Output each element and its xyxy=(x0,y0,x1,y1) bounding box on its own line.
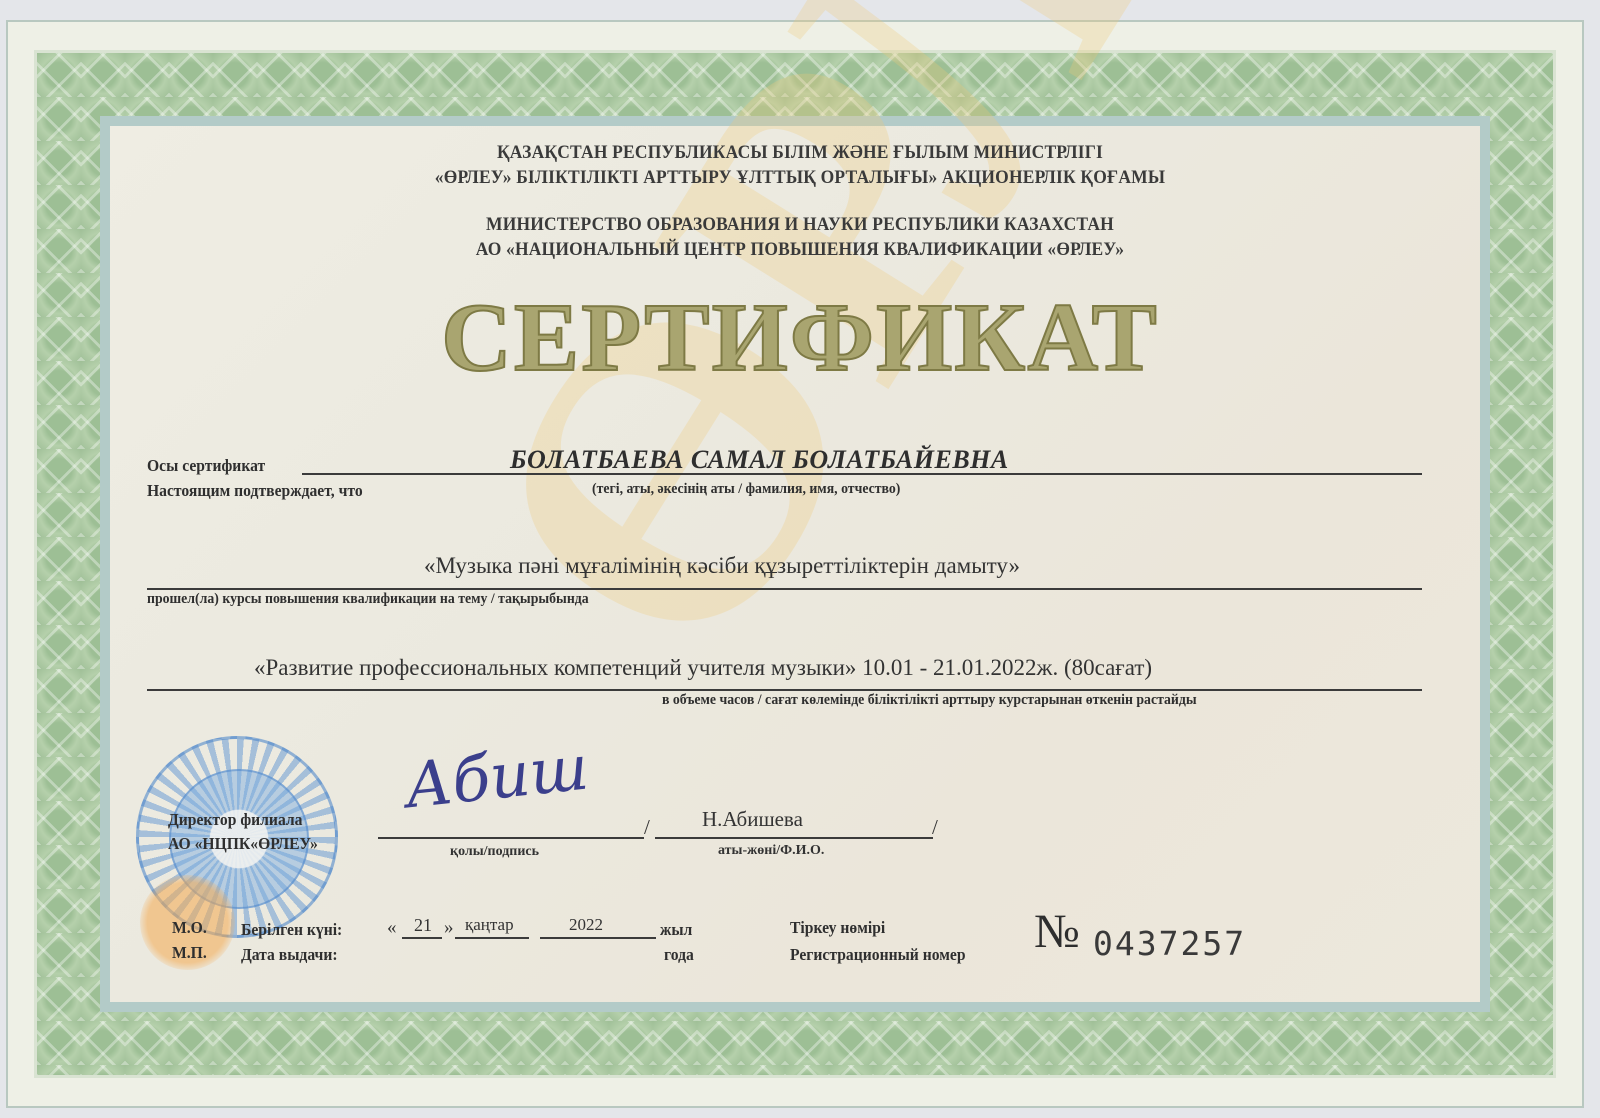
header-kz-line2: «ӨРЛЕУ» БІЛІКТІЛІКТІ АРТТЫРУ ҰЛТТЫҚ ОРТА… xyxy=(64,167,1536,189)
recipient-caption: (тегі, аты, әкесінің аты / фамилия, имя,… xyxy=(592,481,900,498)
header-kz-line1: ҚАЗАҚСТАН РЕСПУБЛИКАСЫ БІЛІМ ЖӘНЕ ҒЫЛЫМ … xyxy=(64,142,1536,164)
signatory-fio: Н.Абишева xyxy=(702,807,803,832)
course-caption: прошел(ла) курсы повышения квалификации … xyxy=(147,591,589,608)
signatory-position-line1: Директор филиала xyxy=(168,810,303,830)
issue-month: қаңтар xyxy=(465,915,514,935)
month-underline xyxy=(455,937,529,939)
course-ru-underline xyxy=(147,689,1422,691)
header-ru-line1: МИНИСТЕРСТВО ОБРАЗОВАНИЯ И НАУКИ РЕСПУБЛ… xyxy=(64,214,1536,236)
signature-underline xyxy=(378,837,644,839)
year-suffix-kz: жыл xyxy=(660,920,692,940)
number-sign: № xyxy=(1034,904,1080,959)
issue-day: 21 xyxy=(414,915,432,936)
fio-caption: аты-жөні/Ф.И.О. xyxy=(718,843,824,859)
signature-separator-1: / xyxy=(644,815,650,840)
registration-label-kz: Тіркеу нөмірі xyxy=(790,918,885,938)
course-title-ru-dates: «Развитие профессиональных компетенций у… xyxy=(254,655,1152,681)
date-open-quote: « xyxy=(387,917,397,939)
recipient-label-kz: Осы сертификат xyxy=(147,456,265,476)
issue-year: 2022 xyxy=(569,915,603,935)
fio-underline xyxy=(655,837,933,839)
date-close-quote: » xyxy=(444,917,454,939)
registration-number: 0437257 xyxy=(1093,924,1246,963)
issue-date-label-kz: Берілген күні: xyxy=(241,920,342,940)
year-underline xyxy=(540,937,656,939)
recipient-label-ru: Настоящим подтверждает, что xyxy=(147,481,363,501)
registration-label-ru: Регистрационный номер xyxy=(790,945,966,965)
header-ru-line2: АО «НАЦИОНАЛЬНЫЙ ЦЕНТР ПОВЫШЕНИЯ КВАЛИФИ… xyxy=(64,239,1536,261)
signature-separator-2: / xyxy=(932,815,938,840)
mp-label: М.П. xyxy=(172,943,207,963)
hours-caption: в объеме часов / сағат көлемінде білікті… xyxy=(662,692,1197,709)
signatory-position-line2: АО «НЦПК«ӨРЛЕУ» xyxy=(168,834,318,854)
recipient-name: БОЛАТБАЕВА САМАЛ БОЛАТБАЙЕВНА xyxy=(510,445,1009,475)
course-kz-underline xyxy=(147,588,1422,590)
day-underline xyxy=(402,937,442,939)
signature-caption: қолы/подпись xyxy=(450,844,539,860)
issue-date-label-ru: Дата выдачи: xyxy=(241,945,338,965)
certificate-title: СЕРТИФИКАТ xyxy=(0,282,1600,394)
mo-label: М.О. xyxy=(172,918,207,938)
course-title-kz: «Музыка пәні мұғалімінің кәсіби құзыретт… xyxy=(424,553,1020,579)
year-suffix-ru: года xyxy=(664,945,694,965)
